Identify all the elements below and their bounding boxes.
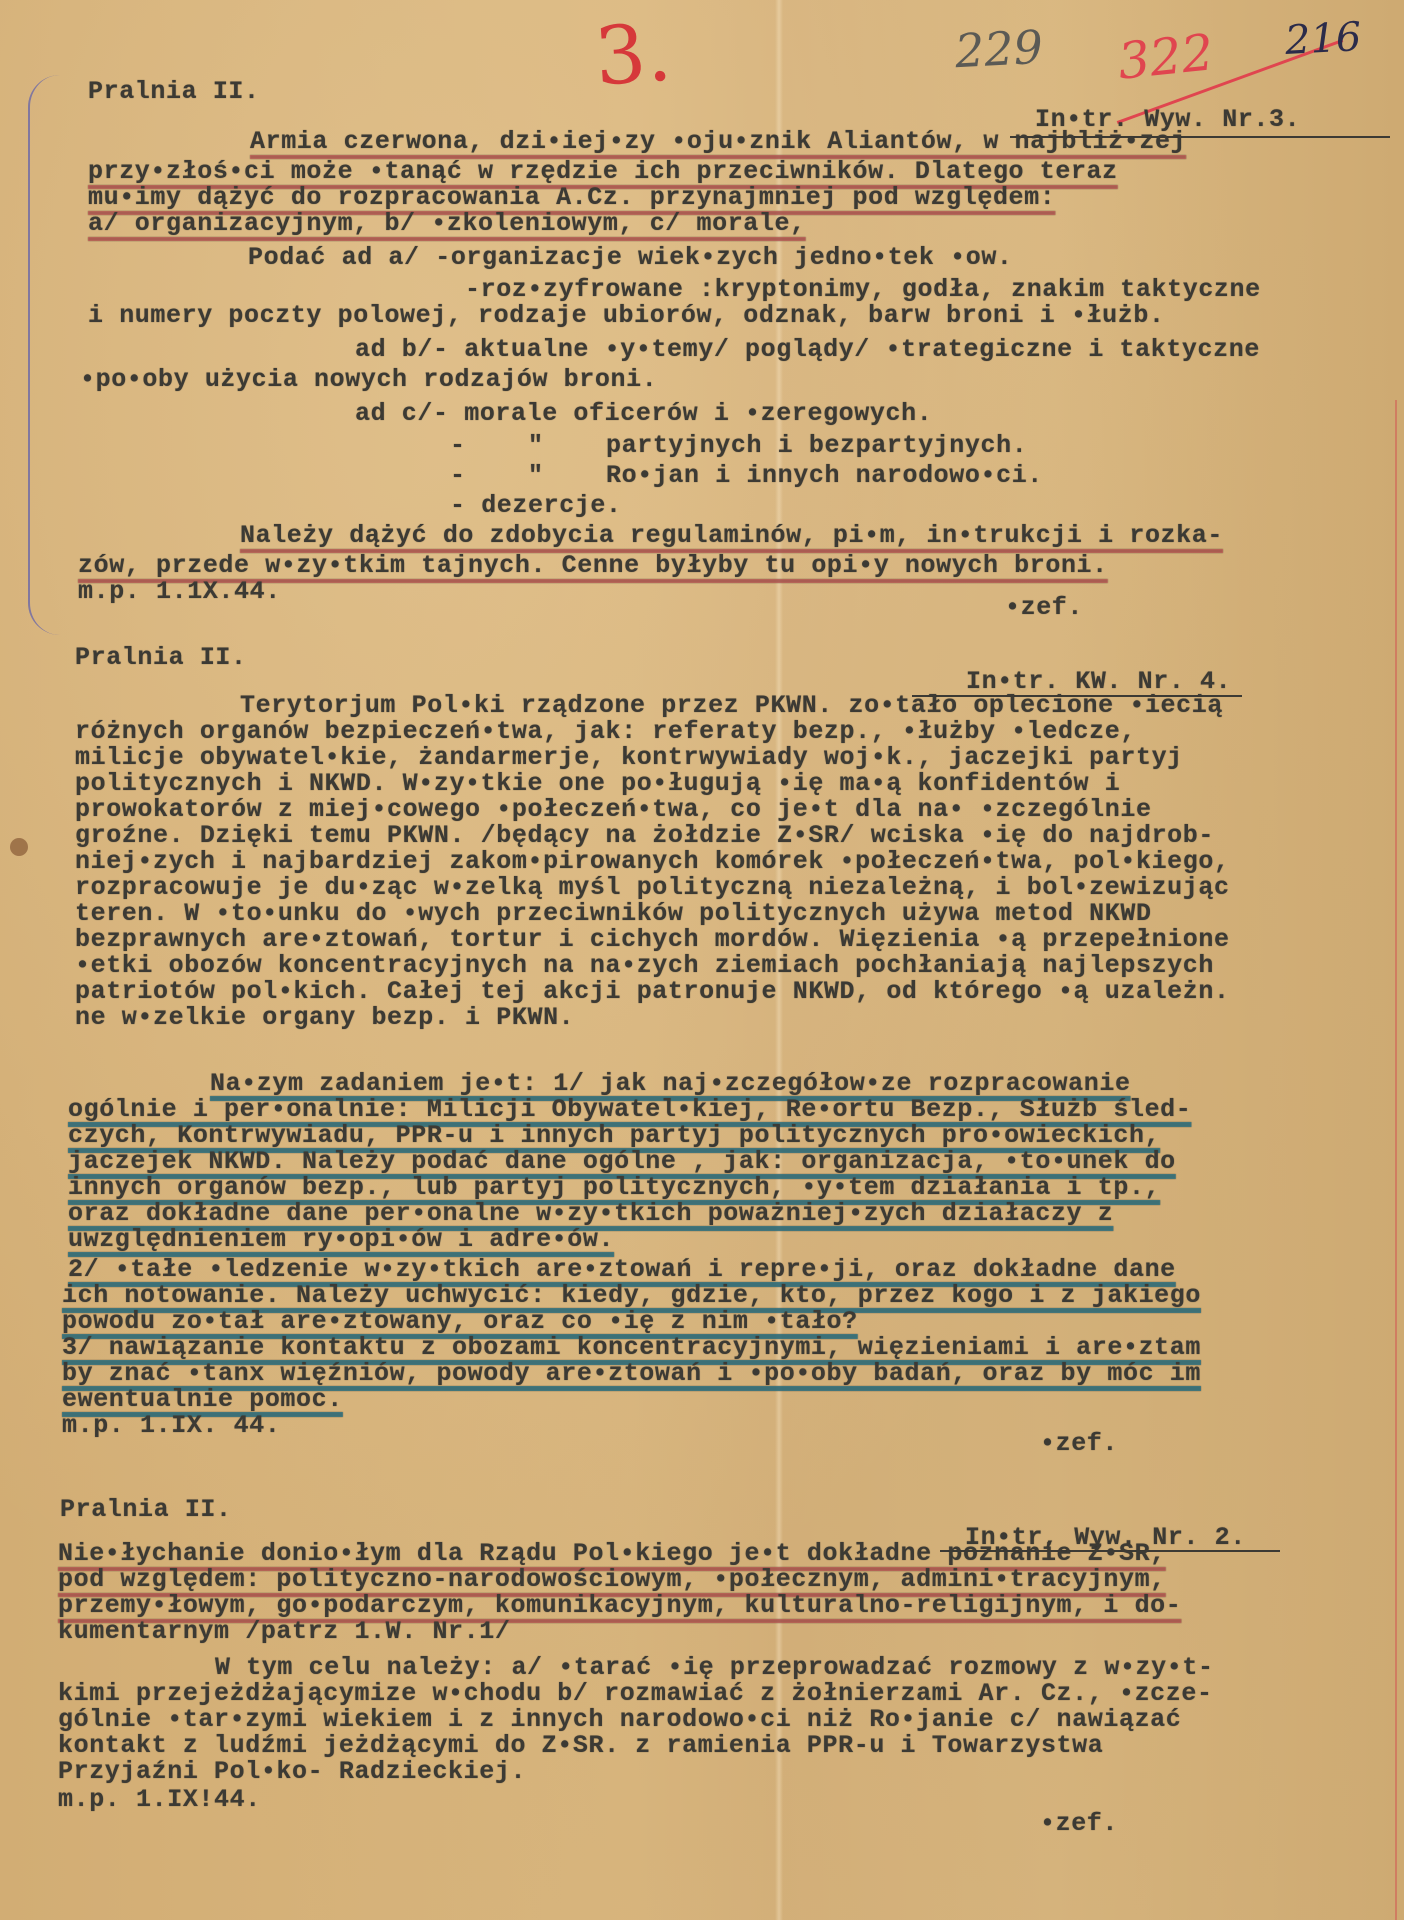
text-line: ne w•zelkie organy bezp. i PKWN. bbox=[75, 1004, 574, 1031]
date-line: m.p. 1.IX. 44. bbox=[62, 1412, 280, 1439]
margin-line bbox=[1395, 400, 1397, 1920]
text-line: - " Ro•jan i innych narodowo•ci. bbox=[450, 462, 1043, 489]
text-line: W tym celu należy: a/ •tarać •ię przepro… bbox=[215, 1654, 1214, 1681]
text-line: gólnie •tar•zymi wiekiem i z innych naro… bbox=[58, 1706, 1181, 1733]
text-line: Armia czerwona, dzi•iej•zy •oju•znik Ali… bbox=[250, 128, 1186, 155]
text-line: rozpracowuje je du•ząc w•zelką myśl poli… bbox=[75, 874, 1230, 901]
text-line: ad c/- morale oficerów i •zeregowych. bbox=[355, 400, 932, 427]
section-header: Pralnia II. bbox=[75, 644, 247, 671]
text-line: ad b/- aktualne •y•temy/ poglądy/ •trate… bbox=[355, 336, 1260, 363]
text-line: oraz dokładne dane per•onalne w•zy•tkich… bbox=[68, 1200, 1113, 1227]
text-line: bezprawnych are•ztowań, tortur i cichych… bbox=[75, 926, 1230, 953]
text-line: niej•zych i najbardziej zakom•pirowanych… bbox=[75, 848, 1230, 875]
text-line: Terytorjum Pol•ki rządzone przez PKWN. z… bbox=[240, 692, 1223, 719]
text-line: 3/ nawiązanie kontaktu z obozami koncent… bbox=[62, 1334, 1201, 1361]
text-line: Należy dążyć do zdobycia regulaminów, pi… bbox=[240, 522, 1223, 549]
text-line: ewentualnie pomoc. bbox=[62, 1386, 343, 1413]
pencil-margin-bracket bbox=[28, 75, 60, 635]
text-line: •po•oby użycia nowych rodzajów broni. bbox=[80, 366, 657, 393]
handwritten-red-crossed-number: 322 bbox=[1115, 23, 1216, 91]
text-line: różnych organów bezpieczeń•twa, jak: ref… bbox=[75, 718, 1136, 745]
text-line: powodu zo•tał are•ztowany, oraz co •ię z… bbox=[62, 1308, 858, 1335]
text-line: Nie•łychanie donio•łym dla Rządu Pol•kie… bbox=[58, 1540, 1166, 1567]
stain-mark bbox=[10, 838, 28, 856]
handwritten-pencil-number: 229 bbox=[954, 20, 1045, 79]
text-line: - " partyjnych i bezpartyjnych. bbox=[450, 432, 1027, 459]
text-line: ich notowanie. Należy uchwycić: kiedy, g… bbox=[62, 1282, 1201, 1309]
document-page: 3. 229 322 216 Pralnia II. In•tr. Wyw. N… bbox=[0, 0, 1404, 1920]
text-line: Przyjaźni Pol•ko- Radzieckiej. bbox=[58, 1758, 526, 1785]
text-line: jaczejek NKWD. Należy podać dane ogólne … bbox=[68, 1148, 1176, 1175]
text-line: •etki obozów koncentracyjnych na na•zych… bbox=[75, 952, 1214, 979]
text-line: i numery poczty polowej, rodzaje ubiorów… bbox=[88, 302, 1165, 329]
text-line: -roz•zyfrowane :kryptonimy, godła, znaki… bbox=[465, 276, 1261, 303]
text-line: przy•złoś•ci może •tanąć w rzędzie ich p… bbox=[88, 158, 1118, 185]
text-line: kontakt z ludźmi jeżdżącymi do Z•SR. z r… bbox=[58, 1732, 1103, 1759]
text-line: Podać ad a/ -organizacje wiek•zych jedno… bbox=[248, 244, 1013, 271]
text-line: 2/ •tałe •ledzenie w•zy•tkich are•ztowań… bbox=[68, 1256, 1176, 1283]
text-line: by znać •tanx więźniów, powody are•ztowa… bbox=[62, 1360, 1201, 1387]
section-header: Pralnia II. bbox=[60, 1496, 232, 1523]
text-line: kumentarnym /patrz 1.W. Nr.1/ bbox=[58, 1618, 510, 1645]
signature: •zef. bbox=[1040, 1430, 1118, 1457]
text-line: prowokatorów z miej•cowego •połeczeń•twa… bbox=[75, 796, 1152, 823]
text-line: czych, Kontrwywiadu, PPR-u i innych part… bbox=[68, 1122, 1160, 1149]
signature: •zef. bbox=[1040, 1810, 1118, 1837]
text-line: mu•imy dążyć do rozpracowania A.Cz. przy… bbox=[88, 184, 1055, 211]
date-line: m.p. 1.IX!44. bbox=[58, 1786, 261, 1813]
text-line: groźne. Dzięki temu PKWN. /będący na żoł… bbox=[75, 822, 1214, 849]
handwritten-ink-number: 216 bbox=[1284, 14, 1363, 64]
text-line: pod względem: polityczno-narodowościowym… bbox=[58, 1566, 1166, 1593]
text-line: uwzględnieniem ry•opi•ów i adre•ów. bbox=[68, 1226, 614, 1253]
text-line: politycznych i NKWD. W•zy•tkie one po•łu… bbox=[75, 770, 1120, 797]
text-line: teren. W •to•unku do •wych przeciwników … bbox=[75, 900, 1152, 927]
signature: •zef. bbox=[1005, 594, 1083, 621]
text-line: ogólnie i per•onalnie: Milicji Obywatel•… bbox=[68, 1096, 1191, 1123]
text-line: - dezercje. bbox=[450, 492, 622, 519]
text-line: patriotów pol•kich. Całej tej akcji patr… bbox=[75, 978, 1230, 1005]
text-line: a/ organizacyjnym, b/ •zkoleniowym, c/ m… bbox=[88, 210, 806, 237]
handwritten-red-number: 3. bbox=[592, 5, 675, 103]
date-line: m.p. 1.1X.44. bbox=[78, 578, 281, 605]
text-line: kimi przejeżdżającymize w•chodu b/ rozma… bbox=[58, 1680, 1213, 1707]
text-line: przemy•łowym, go•podarczym, komunikacyjn… bbox=[58, 1592, 1181, 1619]
text-line: Na•zym zadaniem je•t: 1/ jak naj•zczegół… bbox=[210, 1070, 1131, 1097]
text-line: innych organów bezp., lub partyj polityc… bbox=[68, 1174, 1160, 1201]
text-line: milicje obywatel•kie, żandarmerje, kontr… bbox=[75, 744, 1183, 771]
section-header: Pralnia II. bbox=[88, 78, 260, 105]
text-line: zów, przede w•zy•tkim tajnych. Cenne był… bbox=[78, 552, 1108, 579]
